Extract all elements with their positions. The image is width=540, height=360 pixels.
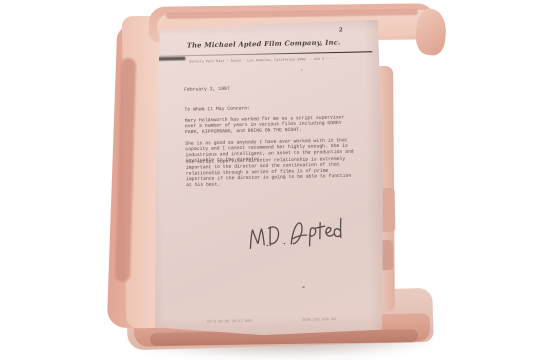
photo-paper-stack: The Michael Apted Film Company, Inc. Cen… xyxy=(0,0,540,360)
letter-page: The Michael Apted Film Company, Inc. Cen… xyxy=(147,20,387,338)
stack-corner-curl xyxy=(414,8,449,57)
page-edge-shading xyxy=(147,20,387,338)
